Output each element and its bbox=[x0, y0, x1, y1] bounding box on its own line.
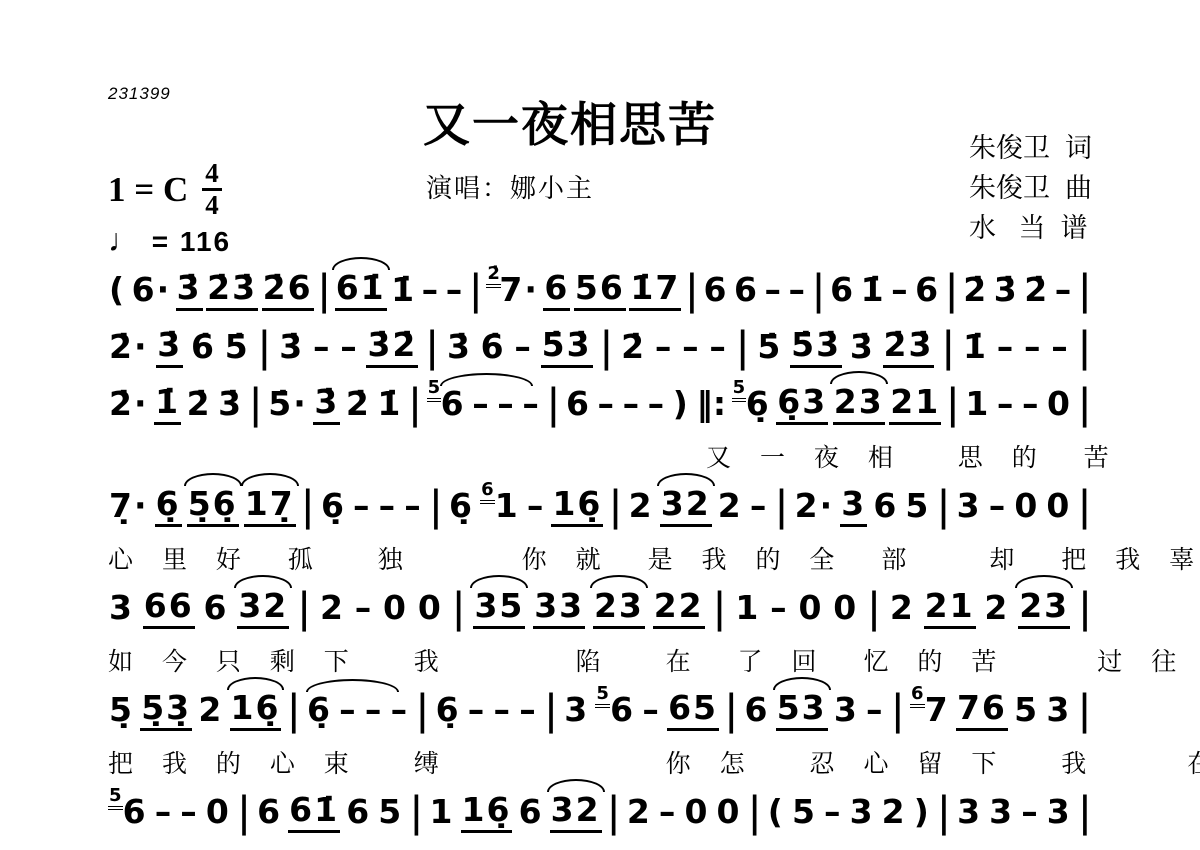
barline: | bbox=[287, 688, 301, 733]
dash-beat: – bbox=[1050, 329, 1071, 365]
dash-beat: – bbox=[526, 488, 547, 524]
dash-beat: – bbox=[403, 488, 424, 524]
note: 23 bbox=[1018, 588, 1070, 628]
note: 3 bbox=[840, 486, 867, 526]
credit-transcriber: 水 当 谱 bbox=[969, 208, 1092, 248]
credit-lyricist: 朱俊卫 词 bbox=[969, 128, 1092, 168]
notation-body: (6·3̇2̇3̇2̇6|61̇1̇––|2̇7·6561̇7|66––|61̇… bbox=[0, 262, 1200, 841]
barline: | bbox=[607, 790, 621, 835]
tempo-value: = 116 bbox=[152, 226, 231, 257]
note: 6̣ bbox=[306, 692, 333, 728]
dash-beat: – bbox=[496, 386, 517, 422]
lyric-line-4: 心 里 好 孤 独 你 就 是 我 的 全 部 却 把 我 辜 负 bbox=[108, 535, 1092, 580]
note: 61̇ bbox=[335, 270, 387, 310]
barline: | bbox=[409, 790, 423, 835]
note: 6 bbox=[543, 270, 570, 310]
note: 65 bbox=[667, 690, 719, 730]
dash-beat: – bbox=[681, 329, 702, 365]
note: 6̣ bbox=[320, 488, 347, 524]
note: 3 bbox=[1046, 794, 1073, 830]
note: 2̇ bbox=[962, 272, 989, 308]
note: 56 bbox=[574, 270, 626, 310]
note: 2̇6 bbox=[262, 270, 314, 310]
note: 16̣ bbox=[461, 792, 513, 832]
note: 6̇ bbox=[480, 329, 507, 365]
note: 6 bbox=[518, 794, 545, 830]
note: 5 bbox=[377, 794, 404, 830]
sheet-music-page: 231399 又一夜相思苦 朱俊卫 词 朱俊卫 曲 水 当 谱 1 = C 4 … bbox=[0, 0, 1200, 850]
tempo-marking: ♩ = 116 bbox=[108, 222, 231, 259]
barline: | bbox=[297, 586, 311, 631]
barline: | bbox=[946, 382, 960, 427]
parenthesis: ( bbox=[767, 794, 786, 830]
barline: | bbox=[712, 586, 726, 631]
dash-beat: – bbox=[312, 329, 333, 365]
note: 35 bbox=[473, 588, 525, 628]
note: 6̣ bbox=[155, 486, 182, 526]
note: 76 bbox=[956, 690, 1008, 730]
note: 2 bbox=[983, 590, 1010, 626]
note: 6 bbox=[702, 272, 729, 308]
dash-beat: – bbox=[518, 692, 539, 728]
lyric-line-6: 把 我 的 心 束 缚 你 怎 忍 心 留 下 我 在 回 忆 里 漂 bbox=[108, 739, 1092, 784]
note: 0 bbox=[417, 590, 444, 626]
quarter-note-icon: ♩ bbox=[108, 222, 142, 258]
note: 1 bbox=[964, 386, 991, 422]
note: 3 bbox=[956, 488, 983, 524]
note: 6 bbox=[565, 386, 592, 422]
barline: | bbox=[867, 586, 881, 631]
note: 0 bbox=[832, 590, 859, 626]
note: 6 bbox=[733, 272, 760, 308]
dash-beat: – bbox=[1020, 794, 1041, 830]
music-line-5: 366632|2–00|35332322|1–00|221223| bbox=[108, 580, 1092, 637]
note: 1̇ bbox=[390, 272, 417, 308]
dash-beat: – bbox=[513, 329, 534, 365]
dash-beat: – bbox=[338, 692, 359, 728]
barline: | bbox=[936, 484, 950, 529]
dash-beat: – bbox=[493, 692, 514, 728]
dash-beat: – bbox=[354, 590, 375, 626]
note: 6 bbox=[122, 794, 149, 830]
note: 32 bbox=[237, 588, 289, 628]
note: 1̇ bbox=[962, 329, 989, 365]
dash-beat: – bbox=[763, 272, 784, 308]
note: 5̣ bbox=[108, 692, 135, 728]
dash-beat: – bbox=[988, 488, 1009, 524]
repeat-start-sign: ‖: bbox=[695, 386, 727, 422]
note: 3̇ bbox=[446, 329, 473, 365]
singer-label: 演唱：娜小主 bbox=[0, 168, 1020, 205]
note: 3 bbox=[956, 794, 983, 830]
note: 32 bbox=[660, 486, 712, 526]
note: 3̇ bbox=[313, 384, 340, 424]
note: 22 bbox=[653, 588, 705, 628]
barline: | bbox=[812, 268, 826, 313]
note: 2 bbox=[889, 590, 916, 626]
note: 0 bbox=[683, 794, 710, 830]
dash-beat: – bbox=[658, 794, 679, 830]
dash-beat: – bbox=[996, 329, 1017, 365]
barline: | bbox=[546, 382, 560, 427]
note: 2̇3̇ bbox=[883, 327, 935, 367]
barline: | bbox=[937, 790, 951, 835]
note: 2· bbox=[794, 488, 836, 524]
note: 6 bbox=[256, 794, 283, 830]
note: 6 bbox=[829, 272, 856, 308]
note: 5 bbox=[904, 488, 931, 524]
dash-beat: – bbox=[521, 386, 542, 422]
barline: | bbox=[469, 268, 483, 313]
note: 6 bbox=[914, 272, 941, 308]
dash-beat: – bbox=[597, 386, 618, 422]
note: 3 bbox=[833, 692, 860, 728]
barline: | bbox=[544, 688, 558, 733]
dash-beat: – bbox=[749, 488, 770, 524]
note: 5 bbox=[1013, 692, 1040, 728]
note: 7 bbox=[924, 692, 951, 728]
dash-beat: – bbox=[769, 590, 790, 626]
note: 2 bbox=[626, 794, 653, 830]
barline: | bbox=[408, 382, 422, 427]
note: 2̇ bbox=[186, 386, 213, 422]
note: 2̇ bbox=[1023, 272, 1050, 308]
dash-beat: – bbox=[890, 272, 911, 308]
note: 6· bbox=[131, 272, 173, 308]
barline: | bbox=[1078, 586, 1092, 631]
barline: | bbox=[425, 325, 439, 370]
music-line-3: 2̇·1̇2̇3̇|5̇·3̇2̇1̇|56–––|6–––)‖:56̣6̣32… bbox=[108, 376, 1092, 433]
music-line-2: 2̇·3̇6̇5̇|3̇––3̇2̇|3̇6̇–5̇3̇|2̇–––|5̇5̇3… bbox=[108, 319, 1092, 376]
barline: | bbox=[415, 688, 429, 733]
note: 3 bbox=[988, 794, 1015, 830]
barline: | bbox=[429, 484, 443, 529]
note: 3̇ bbox=[849, 329, 876, 365]
grace-note: 6 bbox=[910, 684, 925, 708]
note: 17̣ bbox=[244, 486, 296, 526]
note: 6 bbox=[744, 692, 771, 728]
note: 3 bbox=[849, 794, 876, 830]
note: 23 bbox=[593, 588, 645, 628]
parenthesis: ( bbox=[108, 272, 127, 308]
note: 53 bbox=[776, 690, 828, 730]
note: 5 bbox=[791, 794, 818, 830]
note: 2 bbox=[319, 590, 346, 626]
note: 0 bbox=[205, 794, 232, 830]
dash-beat: – bbox=[390, 692, 411, 728]
dash-beat: – bbox=[467, 692, 488, 728]
dash-beat: – bbox=[339, 329, 360, 365]
sheet-header: 231399 又一夜相思苦 朱俊卫 词 朱俊卫 曲 水 当 谱 1 = C 4 … bbox=[0, 0, 1200, 262]
note: 6̣3 bbox=[776, 384, 828, 424]
note: 1 bbox=[734, 590, 761, 626]
barline: | bbox=[1078, 268, 1092, 313]
note: 0 bbox=[382, 590, 409, 626]
dash-beat: – bbox=[1021, 386, 1042, 422]
note: 7· bbox=[498, 272, 540, 308]
note: 6̣ bbox=[448, 488, 475, 524]
barline: | bbox=[945, 268, 959, 313]
barline: | bbox=[452, 586, 466, 631]
note: 5̇3̇ bbox=[541, 327, 593, 367]
note: 1̇ bbox=[376, 386, 403, 422]
note: 3̇ bbox=[217, 386, 244, 422]
note: 7̣· bbox=[108, 488, 150, 524]
note: 5̇ bbox=[224, 329, 251, 365]
dash-beat: – bbox=[364, 692, 385, 728]
note: 0 bbox=[716, 794, 743, 830]
note: 6 bbox=[203, 590, 230, 626]
barline: | bbox=[748, 790, 762, 835]
note: 5̇· bbox=[267, 386, 309, 422]
note: 61̇ bbox=[288, 792, 340, 832]
dash-beat: – bbox=[787, 272, 808, 308]
grace-note: 5 bbox=[108, 786, 123, 810]
barline: | bbox=[724, 688, 738, 733]
barline: | bbox=[599, 325, 613, 370]
note: 23 bbox=[833, 384, 885, 424]
note: 5̇3̇ bbox=[790, 327, 842, 367]
dash-beat: – bbox=[823, 794, 844, 830]
note: 3̇ bbox=[176, 270, 203, 310]
note: 3̇ bbox=[993, 272, 1020, 308]
dash-beat: – bbox=[471, 386, 492, 422]
note: 6 bbox=[440, 386, 467, 422]
note: 5̣6̣ bbox=[187, 486, 239, 526]
note: 3̇ bbox=[156, 327, 183, 367]
note: 2̇· bbox=[108, 386, 150, 422]
music-line-1: (6·3̇2̇3̇2̇6|61̇1̇––|2̇7·6561̇7|66––|61̇… bbox=[108, 262, 1092, 319]
barline: | bbox=[891, 688, 905, 733]
dash-beat: – bbox=[421, 272, 442, 308]
note: 16̣ bbox=[551, 486, 603, 526]
dash-beat: – bbox=[378, 488, 399, 524]
note: 2̇3̇ bbox=[206, 270, 258, 310]
dash-beat: – bbox=[708, 329, 729, 365]
note: 2 bbox=[628, 488, 655, 524]
note: 2 bbox=[197, 692, 224, 728]
note: 6̣ bbox=[435, 692, 462, 728]
note: 6̣ bbox=[745, 386, 772, 422]
barline: | bbox=[1078, 484, 1092, 529]
music-line-6: 5̣5̣3̣216̣|6̣–––|6̣–––|356–65|6533–|6776… bbox=[108, 682, 1092, 739]
parenthesis: ) bbox=[672, 386, 691, 422]
note: 1 bbox=[494, 488, 521, 524]
music-line-7: 56––0|661̇65|116̣632|2–00|(5–32)|33–3| bbox=[108, 784, 1092, 841]
dash-beat: – bbox=[622, 386, 643, 422]
barline: | bbox=[1078, 325, 1092, 370]
note: 1 bbox=[428, 794, 455, 830]
dash-beat: – bbox=[647, 386, 668, 422]
note: 1̇7 bbox=[629, 270, 681, 310]
note: 2 bbox=[881, 794, 908, 830]
barline: | bbox=[301, 484, 315, 529]
note: 0 bbox=[797, 590, 824, 626]
note: 6̇ bbox=[190, 329, 217, 365]
note: 3 bbox=[1045, 692, 1072, 728]
dash-beat: – bbox=[1023, 329, 1044, 365]
note: 1̇ bbox=[154, 384, 181, 424]
dash-beat: – bbox=[154, 794, 175, 830]
barline: | bbox=[249, 382, 263, 427]
note: 21 bbox=[889, 384, 941, 424]
note: 2̇ bbox=[620, 329, 647, 365]
note: 66 bbox=[143, 588, 195, 628]
dash-beat: – bbox=[445, 272, 466, 308]
barline: | bbox=[317, 268, 331, 313]
barline: | bbox=[736, 325, 750, 370]
dash-beat: – bbox=[654, 329, 675, 365]
note: 6 bbox=[345, 794, 372, 830]
note: 32 bbox=[550, 792, 602, 832]
barline: | bbox=[1078, 790, 1092, 835]
note: 2̇ bbox=[345, 386, 372, 422]
note: 3̇ bbox=[278, 329, 305, 365]
grace-note: 6 bbox=[480, 480, 495, 504]
barline: | bbox=[941, 325, 955, 370]
note: 3 bbox=[108, 590, 135, 626]
dash-beat: – bbox=[1054, 272, 1075, 308]
note: 5̇ bbox=[756, 329, 783, 365]
note: 2 bbox=[717, 488, 744, 524]
barline: | bbox=[1078, 382, 1092, 427]
music-line-4: 7̣·6̣5̣6̣17̣|6̣–––|6̣61–16̣|2322–|2·365|… bbox=[108, 478, 1092, 535]
barline: | bbox=[257, 325, 271, 370]
note: 6 bbox=[872, 488, 899, 524]
note: 3 bbox=[563, 692, 590, 728]
note: 2̇· bbox=[108, 329, 150, 365]
note: 16̣ bbox=[230, 690, 282, 730]
lyric-line-3: 又 一 夜 相 思 的 苦 bbox=[108, 433, 1092, 478]
barline: | bbox=[685, 268, 699, 313]
barline: | bbox=[1078, 688, 1092, 733]
parenthesis: ) bbox=[913, 794, 932, 830]
dash-beat: – bbox=[865, 692, 886, 728]
note: 3̇2̇ bbox=[366, 327, 418, 367]
barline: | bbox=[237, 790, 251, 835]
note: 21 bbox=[924, 588, 976, 628]
dash-beat: – bbox=[996, 386, 1017, 422]
note: 0 bbox=[1046, 386, 1073, 422]
lyric-line-5: 如 今 只 剩 下 我 陷 在 了 回 忆 的 苦 过 往 的 画 面 bbox=[108, 637, 1092, 682]
barline: | bbox=[608, 484, 622, 529]
note: 33 bbox=[533, 588, 585, 628]
barline: | bbox=[774, 484, 788, 529]
grace-note: 5 bbox=[595, 684, 610, 708]
dash-beat: – bbox=[352, 488, 373, 524]
note: 1̇ bbox=[860, 272, 887, 308]
dash-beat: – bbox=[179, 794, 200, 830]
note: 6 bbox=[609, 692, 636, 728]
dash-beat: – bbox=[641, 692, 662, 728]
note: 0 bbox=[1013, 488, 1040, 524]
note: 5̣3̣ bbox=[140, 690, 192, 730]
note: 0 bbox=[1045, 488, 1072, 524]
